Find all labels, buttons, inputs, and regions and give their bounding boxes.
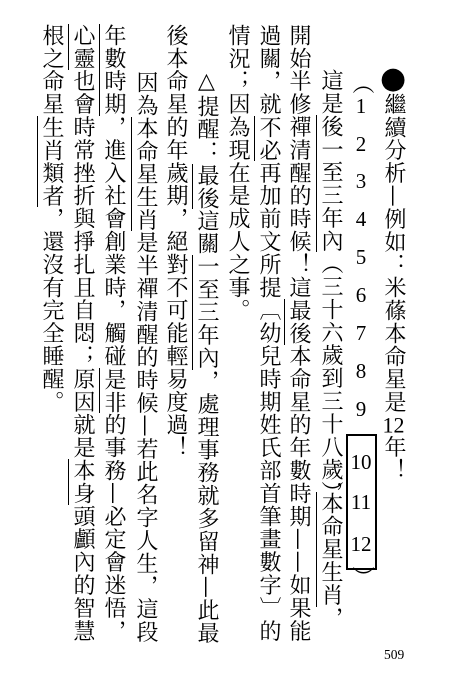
heading-text-end: 年！ <box>381 436 406 482</box>
text-segment: ）， <box>318 481 343 492</box>
text-segment: 是半禪清醒的時候—若此名字人生，這段 <box>133 231 158 643</box>
text-segment: 情況；因為現在是成人之事。 <box>225 24 250 322</box>
text-segment: 後本命星的年歲期，絕對不可能輕易度過！ <box>163 24 188 459</box>
text-column: 心靈也會時常挫折與掙扎且自悶；原因就是本身頭顱內的智慧 <box>71 24 93 642</box>
text-segment: 這是 <box>318 69 343 115</box>
bullet-icon: ● <box>380 66 406 92</box>
marked-text: 本命星生肖 <box>316 492 343 607</box>
year-number: 8 <box>346 361 376 382</box>
text-column: 這是後一至三年內（三十六歲到三十八歲），本命星生肖， <box>319 69 341 630</box>
marked-text: 不必 <box>254 116 281 162</box>
text-column: 根之命星生肖類者，還沒有完全睡醒。 <box>40 24 62 413</box>
text-segment: ，處理事務就多留神—此最 <box>194 370 219 645</box>
text-segment: 本命星的年數時期——如果能 <box>286 345 311 643</box>
text-segment: △提醒： <box>194 69 219 164</box>
year-number: 7 <box>346 323 376 344</box>
text-segment: 這關 <box>194 209 219 255</box>
highlighted-year-number: 11 <box>346 492 376 513</box>
text-column: 情況；因為現在是成人之事。 <box>226 24 248 322</box>
text-segment: ，還沒有完全睡醒。 <box>39 207 64 413</box>
year-number: 4 <box>346 209 376 230</box>
marked-text: 是非 <box>99 368 126 414</box>
year-number: 2 <box>346 134 376 155</box>
highlighted-year-number: 10 <box>346 452 376 473</box>
highlighted-year-number: 12 <box>346 534 376 555</box>
text-column: 後本命星的年歲期，絕對不可能輕易度過！ <box>164 24 186 459</box>
text-segment: 也會時常挫折與掙扎且自悶；原因就是 <box>70 70 95 459</box>
text-segment: ，進入社會創業時，觸碰 <box>101 116 126 368</box>
text-segment: 的事務—必定會迷悟， <box>101 413 126 642</box>
year-number: 9 <box>346 399 376 420</box>
marked-text: 心靈 <box>68 24 95 70</box>
text-segment: 頭顱內的智慧 <box>70 505 95 642</box>
marked-text: 一至三年內 <box>192 255 219 370</box>
text-segment: 因為 <box>133 71 158 117</box>
text-segment: 根之命星 <box>39 24 64 116</box>
marked-text: 本身 <box>68 459 95 505</box>
marked-text: 最後 <box>284 299 311 345</box>
text-column: 過關，就不必再加前文所提〔幼兒時期姓氏部首筆畫數字〕的 <box>257 24 279 642</box>
text-segment: 開始半修禪清醒的時候！這 <box>286 24 311 299</box>
heading-text: 繼續分析—例如：米蓧本命星是 <box>381 93 406 414</box>
heading-number: 12 <box>381 414 406 436</box>
marked-text: 生肖類者 <box>37 116 64 208</box>
marked-text: 後一至三年內 <box>316 115 343 252</box>
year-number: 5 <box>346 247 376 268</box>
year-number: 1 <box>346 96 376 117</box>
open-paren: （ <box>350 72 372 94</box>
marked-text: 最後 <box>192 164 219 210</box>
text-column: 開始半修禪清醒的時候！這最後本命星的年數時期——如果能 <box>287 24 309 642</box>
text-column-reminder: △提醒：最後這關一至三年內，處理事務就多留神—此最 <box>195 69 217 645</box>
year-number: 3 <box>346 171 376 192</box>
close-paren: ） <box>350 566 372 588</box>
text-segment: 再加前文所提〔幼兒時期姓氏部首筆畫數字〕的 <box>256 161 281 642</box>
year-number: 6 <box>346 285 376 306</box>
text-segment: 過關，就 <box>256 24 281 116</box>
text-segment: （三十六歲到三十八歲 <box>318 252 343 481</box>
text-segment: ， <box>318 607 343 630</box>
page-number: 509 <box>384 647 404 663</box>
marked-text: 本命星生肖 <box>131 117 158 232</box>
marked-text: 年數時期 <box>99 24 126 116</box>
text-column: 年數時期，進入社會創業時，觸碰是非的事務—必定會迷悟， <box>102 24 124 642</box>
text-column: 因為本命星生肖是半禪清醒的時候—若此名字人生，這段 <box>134 71 156 644</box>
text-column-heading: 繼續分析—例如：米蓧本命星是12年！ <box>382 93 404 481</box>
